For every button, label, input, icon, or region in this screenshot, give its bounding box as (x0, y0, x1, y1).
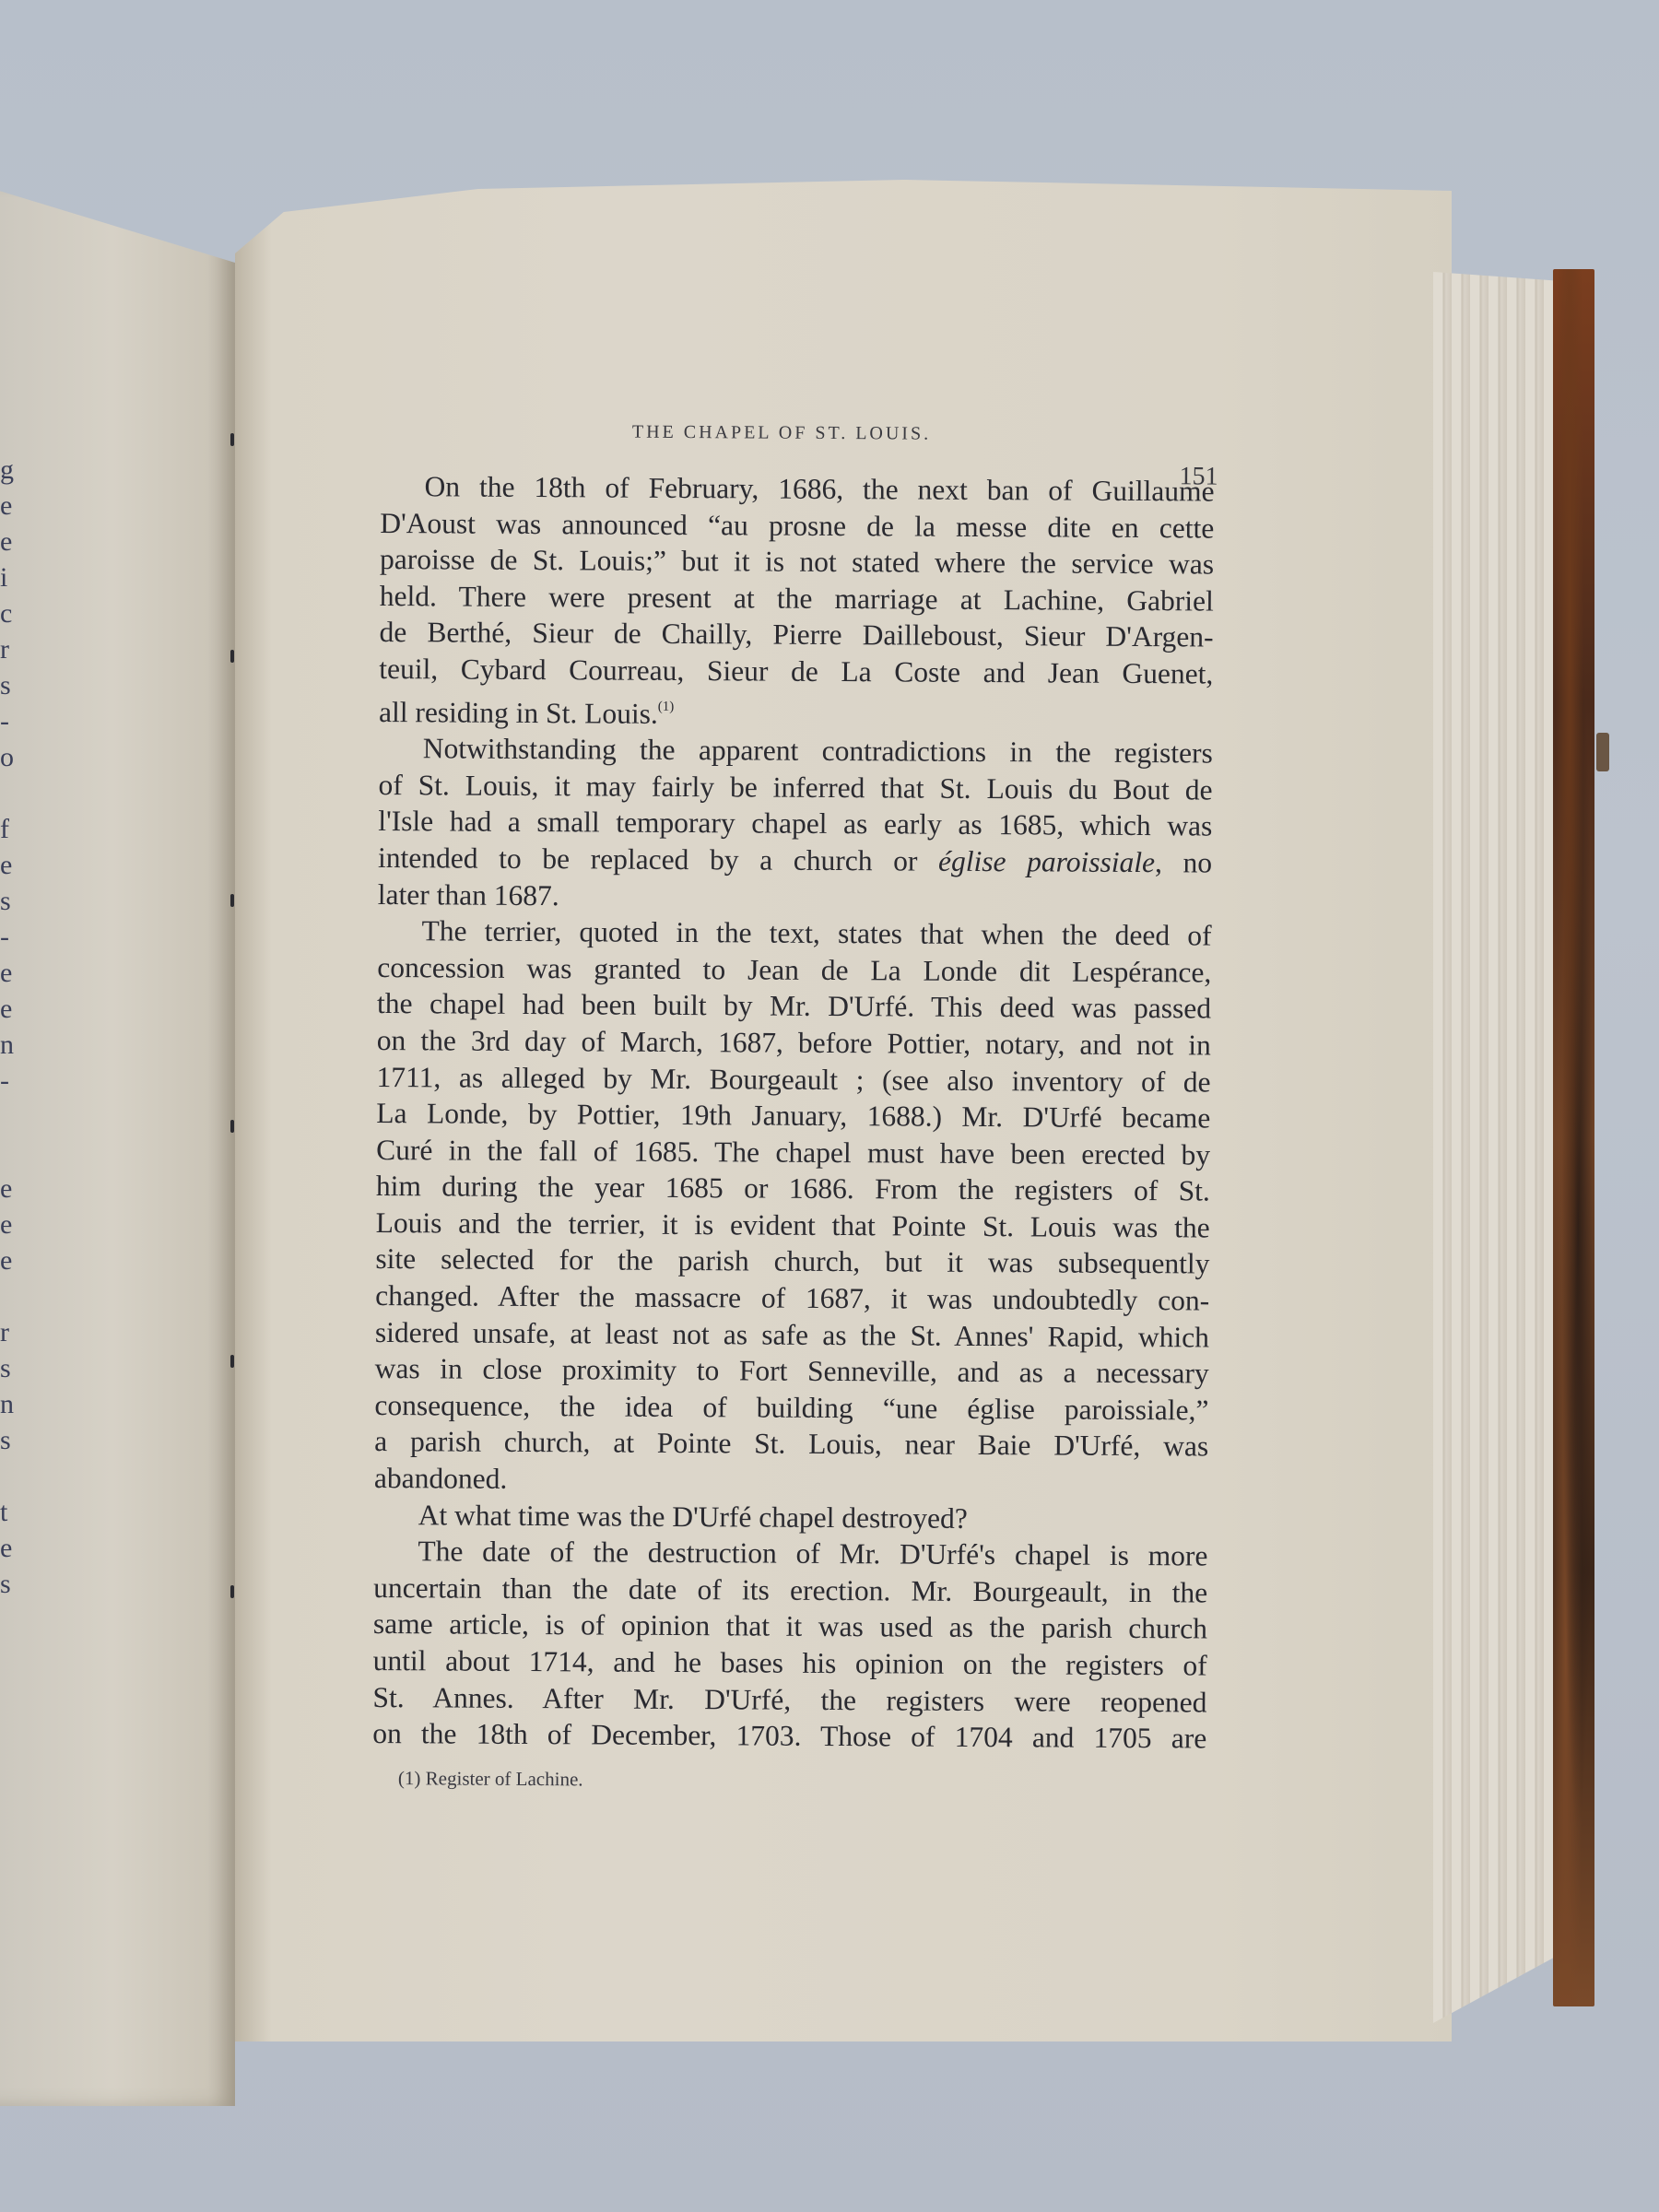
left-fragment: s (0, 1422, 18, 1458)
left-fragment: n (0, 1386, 18, 1422)
text-line: paroisse de St. Louis;” but it is not st… (380, 541, 1214, 582)
text-line: was in close proximity to Fort Sennevill… (375, 1350, 1209, 1392)
text-line: teuil, Cybard Courreau, Sieur de La Cost… (379, 651, 1213, 692)
left-fragment: i (0, 559, 18, 595)
footnote-text: Register of Lachine. (426, 1767, 583, 1790)
paragraph-3: The terrier, quoted in the text, states … (374, 912, 1212, 1501)
text-line: The terrier, quoted in the text, states … (377, 912, 1211, 954)
left-fragment: s (0, 883, 18, 919)
text-line: 1711, as alleged by Mr. Bourgeault ; (se… (376, 1058, 1210, 1100)
page-edge-stack (1433, 272, 1562, 2023)
left-page-text-fragments: g e e i c r s - o f e s - e e n - e e e … (0, 452, 18, 1602)
footnote-marker: (1) (398, 1767, 421, 1789)
text-line: l'Isle had a small temporary chapel as e… (378, 803, 1212, 844)
left-fragment: c (0, 595, 18, 631)
stitch-mark (230, 650, 234, 663)
left-fragment (0, 1278, 18, 1314)
left-fragment: - (0, 703, 18, 739)
text-line: The date of the destruction of Mr. D'Urf… (373, 1533, 1207, 1574)
left-fragment: s (0, 1350, 18, 1386)
left-fragment: e (0, 1530, 18, 1566)
left-fragment: s (0, 1566, 18, 1602)
left-fragment: e (0, 1242, 18, 1278)
italic-phrase: église paroissiale (938, 845, 1155, 878)
text-line: Louis and the terrier, it is evident tha… (376, 1205, 1210, 1246)
left-fragment: - (0, 1063, 18, 1099)
stitch-mark (230, 433, 234, 446)
left-fragment: s (0, 667, 18, 703)
text-line: site selected for the parish church, but… (375, 1241, 1209, 1282)
paragraph-5: The date of the destruction of Mr. D'Urf… (372, 1533, 1207, 1757)
left-fragment: e (0, 1206, 18, 1242)
text-line: same article, is of opinion that it was … (373, 1606, 1207, 1647)
left-fragment: f (0, 811, 18, 847)
left-fragment: t (0, 1494, 18, 1530)
text-line: uncertain than the date of its erection.… (373, 1570, 1207, 1611)
text-line: the chapel had been built by Mr. D'Urfé.… (377, 985, 1211, 1027)
text-line: Curé in the fall of 1685. The chapel mus… (376, 1132, 1210, 1173)
text-line-content: intended to be replaced by a church or (378, 841, 938, 877)
text-line: him during the year 1685 or 1686. From t… (376, 1168, 1210, 1209)
left-fragment: e (0, 524, 18, 559)
page-text-block: THE CHAPEL OF ST. LOUIS. 151 On the 18th… (372, 415, 1215, 1794)
binding-stitches (230, 433, 238, 1816)
left-fragment: e (0, 488, 18, 524)
text-line: D'Aoust was announced “au prosne de la m… (380, 505, 1214, 547)
left-fragment: r (0, 1314, 18, 1350)
leather-cover (1553, 269, 1594, 2006)
stitch-mark (230, 894, 234, 907)
text-line: Notwithstanding the apparent contradicti… (379, 730, 1213, 771)
left-fragment: e (0, 955, 18, 991)
paragraph-2: Notwithstanding the apparent contradicti… (378, 730, 1213, 917)
paragraph-1: On the 18th of February, 1686, the next … (379, 468, 1215, 735)
left-fragment: o (0, 739, 18, 775)
text-line: held. There were present at the marriage… (380, 578, 1214, 619)
text-line-content: all residing in St. Louis. (379, 696, 658, 730)
text-line: La Londe, by Pottier, 19th January, 1688… (376, 1095, 1210, 1136)
text-line: all residing in St. Louis.(1) (379, 688, 1213, 735)
text-line: de Berthé, Sieur de Chailly, Pierre Dail… (379, 614, 1213, 655)
text-line: later than 1687. (378, 877, 1212, 918)
text-line: abandoned. (374, 1460, 1208, 1501)
text-line: of St. Louis, it may fairly be inferred … (378, 767, 1212, 808)
text-line: concession was granted to Jean de La Lon… (377, 949, 1211, 991)
page-number: 151 (1180, 462, 1218, 491)
photo-scene: g e e i c r s - o f e s - e e n - e e e … (0, 0, 1659, 2212)
stitch-mark (230, 1585, 234, 1598)
left-fragment (0, 1458, 18, 1494)
text-line: On the 18th of February, 1686, the next … (380, 468, 1214, 510)
left-fragment: e (0, 847, 18, 883)
stitch-mark (230, 1120, 234, 1133)
left-fragment (0, 1099, 18, 1135)
text-line: intended to be replaced by a church or é… (378, 840, 1212, 881)
cover-clasp (1596, 733, 1609, 771)
stitch-mark (230, 1355, 234, 1368)
text-line: on the 3rd day of March, 1687, before Po… (377, 1022, 1211, 1064)
text-line: changed. After the massacre of 1687, it … (375, 1277, 1209, 1319)
left-fragment: n (0, 1027, 18, 1063)
text-line: sidered unsafe, at least not as safe as … (375, 1314, 1209, 1356)
text-line-content: , no (1155, 846, 1212, 878)
running-title: THE CHAPEL OF ST. LOUIS. (632, 422, 931, 445)
left-fragment: e (0, 1171, 18, 1206)
question-heading: At what time was the D'Urfé chapel destr… (374, 1497, 1208, 1538)
text-line: consequence, the idea of building “une é… (374, 1387, 1208, 1429)
text-line: St. Annes. After Mr. D'Urfé, the registe… (372, 1679, 1206, 1721)
left-fragment: r (0, 631, 18, 667)
footnote-reference[interactable]: (1) (658, 699, 675, 713)
left-fragment (0, 1135, 18, 1171)
left-fragment (0, 775, 18, 811)
text-line: a parish church, at Pointe St. Louis, ne… (374, 1423, 1208, 1465)
text-line: on the 18th of December, 1703. Those of … (372, 1715, 1206, 1757)
text-line: until about 1714, and he bases his opini… (373, 1642, 1207, 1684)
running-head: THE CHAPEL OF ST. LOUIS. 151 (381, 415, 1215, 474)
left-page (0, 180, 235, 2106)
left-fragment: g (0, 452, 18, 488)
left-fragment: e (0, 991, 18, 1027)
left-fragment: - (0, 919, 18, 955)
